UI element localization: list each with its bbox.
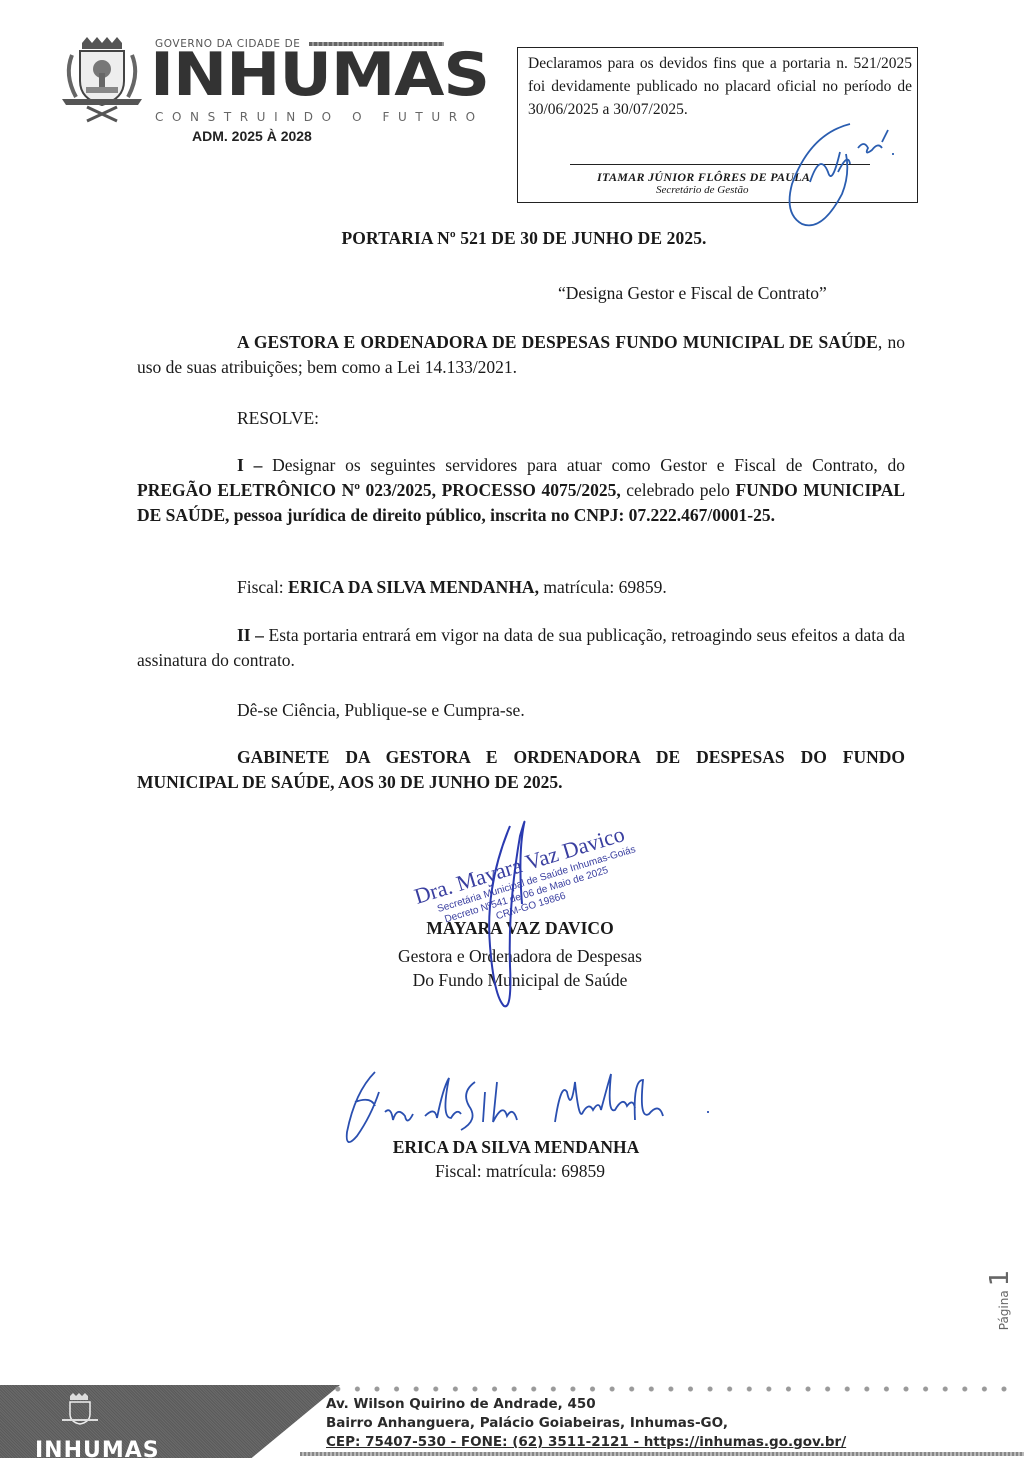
fiscal-designation: Fiscal: ERICA DA SILVA MENDANHA, matrícu… [237,577,667,598]
document-summary: “Designa Gestor e Fiscal de Contrato” [558,283,827,304]
declaration-text: Declaramos para os devidos fins que a po… [528,52,912,121]
footer-contact-link[interactable]: CEP: 75407-530 - FONE: (62) 3511-2121 - … [326,1433,846,1452]
closing-formula: Dê-se Ciência, Publique-se e Cumpra-se. [237,700,525,721]
footer-city-name: INHUMAS [35,1438,160,1458]
footer-divider [300,1452,1024,1456]
article-2-paragraph: II – Esta portaria entrará em vigor na d… [137,623,905,673]
city-name-logo: INHUMAS [150,44,489,106]
handwritten-signature-icon [780,112,920,232]
footer-coat-of-arms-icon [58,1392,102,1428]
city-slogan: CONSTRUINDO O FUTURO [155,110,484,124]
handwritten-signature-icon [470,820,560,1020]
footer-address: Av. Wilson Quirino de Andrade, 450 Bairr… [326,1395,846,1452]
article-1-paragraph: I – Designar os seguintes servidores par… [137,453,905,528]
preamble-paragraph: A GESTORA E ORDENADORA DE DESPESAS FUNDO… [137,330,905,380]
declaration-signer-role: Secretário de Gestão [656,184,748,196]
gabinete-paragraph: GABINETE DA GESTORA E ORDENADORA DE DESP… [137,745,905,795]
signatory-2-name: ERICA DA SILVA MENDANHA [0,1137,1024,1158]
administration-period: ADM. 2025 À 2028 [192,128,312,144]
city-coat-of-arms-icon [52,35,152,123]
declaration-signer-name: ITAMAR JÚNIOR FLÔRES DE PAULA [597,170,810,185]
page-number: Página1 [985,1255,1015,1345]
signatory-2-role: Fiscal: matrícula: 69859 [0,1161,1024,1182]
preamble-authority: A GESTORA E ORDENADORA DE DESPESAS FUNDO… [237,332,878,352]
resolve-heading: RESOLVE: [237,408,319,429]
document-title: PORTARIA Nº 521 DE 30 DE JUNHO DE 2025. [0,228,1024,249]
footer-dots-divider [328,1384,1018,1394]
